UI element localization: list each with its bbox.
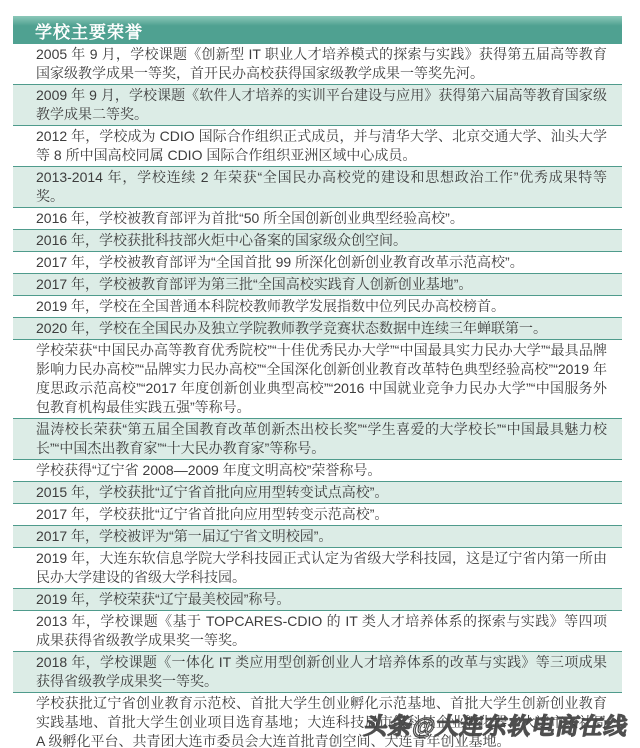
honor-row-text: 2017 年，学校获批“辽宁省首批向应用型转变示范高校”。	[36, 505, 607, 524]
honor-row: 学校获批辽宁省创业教育示范校、首批大学生创业孵化示范基地、首批大学生创新创业教育…	[13, 693, 622, 748]
honor-row: 2020 年，学校在全国民办及独立学院教师教学竞赛状态数据中连续三年蝉联第一。	[13, 318, 622, 340]
honor-row: 2017 年，学校获批“辽宁省首批向应用型转变示范高校”。	[13, 504, 622, 526]
honor-row: 2015 年，学校获批“辽宁省首批向应用型转变试点高校”。	[13, 482, 622, 504]
honor-row-text: 2017 年，学校被教育部评为“全国首批 99 所深化创新创业教育改革示范高校”…	[36, 253, 607, 272]
honor-row: 2019 年，学校在全国普通本科院校教师教学发展指数中位列民办高校榜首。	[13, 296, 622, 318]
honor-row-text: 2019 年，学校在全国普通本科院校教师教学发展指数中位列民办高校榜首。	[36, 297, 607, 316]
honor-row: 2013-2014 年，学校连续 2 年荣获“全国民办高校党的建设和思想政治工作…	[13, 167, 622, 208]
honor-row-text: 2013-2014 年，学校连续 2 年荣获“全国民办高校党的建设和思想政治工作…	[36, 168, 607, 206]
honor-row: 2009 年 9 月，学校课题《软件人才培养的实训平台建设与应用》获得第六届高等…	[13, 85, 622, 126]
honor-row-text: 2019 年，大连东软信息学院大学科技园正式认定为省级大学科技园，这是辽宁省内第…	[36, 549, 607, 587]
honor-row: 2017 年，学校被教育部评为第三批“全国高校实践育人创新创业基地”。	[13, 274, 622, 296]
honor-row-text: 2018 年，学校课题《一体化 IT 类应用型创新创业人才培养体系的改革与实践》…	[36, 653, 607, 691]
honor-row-text: 2017 年，学校被教育部评为第三批“全国高校实践育人创新创业基地”。	[36, 275, 607, 294]
honor-row: 2017 年，学校被教育部评为“全国首批 99 所深化创新创业教育改革示范高校”…	[13, 252, 622, 274]
honor-row-text: 学校荣获“中国民办高等教育优秀院校”“十佳优秀民办大学”“中国最具实力民办大学”…	[36, 341, 607, 417]
table-title: 学校主要荣誉	[35, 18, 143, 43]
honor-row: 2012 年，学校成为 CDIO 国际合作组织正式成员，并与清华大学、北京交通大…	[13, 126, 622, 167]
honors-table: 学校主要荣誉 2005 年 9 月，学校课题《创新型 IT 职业人才培养模式的探…	[13, 16, 622, 748]
honor-row-text: 2016 年，学校被教育部评为首批“50 所全国创新创业典型经验高校”。	[36, 209, 607, 228]
honor-row: 2013 年，学校课题《基于 TOPCARES-CDIO 的 IT 类人才培养体…	[13, 611, 622, 652]
honor-row: 2018 年，学校课题《一体化 IT 类应用型创新创业人才培养体系的改革与实践》…	[13, 652, 622, 693]
honor-rows: 2005 年 9 月，学校课题《创新型 IT 职业人才培养模式的探索与实践》获得…	[13, 44, 622, 748]
honor-row: 2019 年，学校荣获“辽宁最美校园”称号。	[13, 589, 622, 611]
honor-row-text: 温涛校长荣获“第五届全国教育改革创新杰出校长奖”“学生喜爱的大学校长”“中国最具…	[36, 420, 607, 458]
honor-row-text: 学校获得“辽宁省 2008—2009 年度文明高校”荣誉称号。	[36, 461, 607, 480]
page: 学校主要荣誉 2005 年 9 月，学校课题《创新型 IT 职业人才培养模式的探…	[0, 0, 640, 748]
honor-row-text: 2019 年，学校荣获“辽宁最美校园”称号。	[36, 590, 607, 609]
honor-row-text: 2017 年，学校被评为“第一届辽宁省文明校园”。	[36, 527, 607, 546]
honor-row: 2016 年，学校被教育部评为首批“50 所全国创新创业典型经验高校”。	[13, 208, 622, 230]
honor-row: 学校荣获“中国民办高等教育优秀院校”“十佳优秀民办大学”“中国最具实力民办大学”…	[13, 340, 622, 419]
honor-row: 2016 年，学校获批科技部火炬中心备案的国家级众创空间。	[13, 230, 622, 252]
honor-row-text: 2013 年，学校课题《基于 TOPCARES-CDIO 的 IT 类人才培养体…	[36, 612, 607, 650]
honor-row-text: 2012 年，学校成为 CDIO 国际合作组织正式成员，并与清华大学、北京交通大…	[36, 127, 607, 165]
honor-row-text: 2020 年，学校在全国民办及独立学院教师教学竞赛状态数据中连续三年蝉联第一。	[36, 319, 607, 338]
honor-row-text: 2009 年 9 月，学校课题《软件人才培养的实训平台建设与应用》获得第六届高等…	[36, 86, 607, 124]
honor-row-text: 2016 年，学校获批科技部火炬中心备案的国家级众创空间。	[36, 231, 607, 250]
honor-row: 2005 年 9 月，学校课题《创新型 IT 职业人才培养模式的探索与实践》获得…	[13, 44, 622, 85]
honor-row-text: 2005 年 9 月，学校课题《创新型 IT 职业人才培养模式的探索与实践》获得…	[36, 45, 607, 83]
honor-row-text: 学校获批辽宁省创业教育示范校、首批大学生创业孵化示范基地、首批大学生创新创业教育…	[36, 694, 607, 748]
honor-row: 2019 年，大连东软信息学院大学科技园正式认定为省级大学科技园，这是辽宁省内第…	[13, 548, 622, 589]
honor-row-text: 2015 年，学校获批“辽宁省首批向应用型转变试点高校”。	[36, 483, 607, 502]
honor-row: 温涛校长荣获“第五届全国教育改革创新杰出校长奖”“学生喜爱的大学校长”“中国最具…	[13, 419, 622, 460]
honor-row: 学校获得“辽宁省 2008—2009 年度文明高校”荣誉称号。	[13, 460, 622, 482]
table-header: 学校主要荣誉	[13, 16, 622, 44]
honor-row: 2017 年，学校被评为“第一届辽宁省文明校园”。	[13, 526, 622, 548]
